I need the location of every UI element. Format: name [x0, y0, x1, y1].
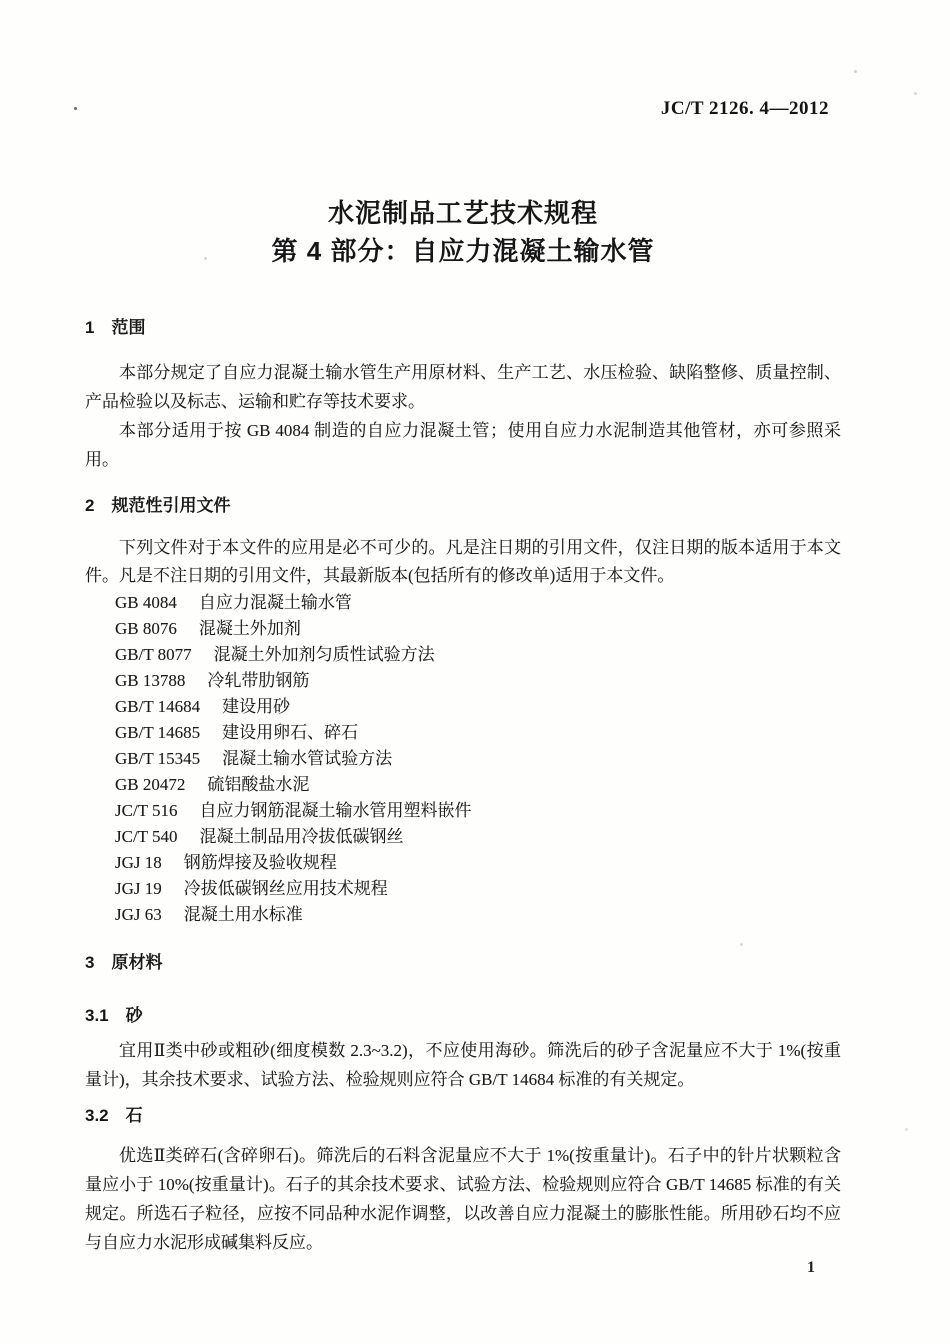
reference-code: GB/T 14685 [115, 720, 200, 746]
reference-title: 冷轧带肋钢筋 [207, 668, 309, 694]
section-3-1-title: 砂 [126, 1004, 143, 1028]
reference-item: JC/T 540 混凝土制品用冷拔低碳钢丝 [85, 824, 841, 850]
section-1-paragraph-1: 本部分规定了自应力混凝土输水管生产用原材料、生产工艺、水压检验、缺陷整修、质量控… [85, 358, 841, 416]
section-3-1-number: 3.1 [85, 1004, 109, 1028]
reference-code: GB/T 14684 [115, 694, 200, 720]
standard-code-header: JC/T 2126. 4—2012 [85, 98, 841, 120]
reference-title: 混凝土外加剂匀质性试验方法 [214, 642, 435, 668]
section-2-title: 规范性引用文件 [111, 494, 230, 518]
reference-title: 自应力钢筋混凝土输水管用塑料嵌件 [200, 798, 472, 824]
document-title: 水泥制品工艺技术规程 第 4 部分：自应力混凝土输水管 [85, 194, 841, 270]
document-page: JC/T 2126. 4—2012 水泥制品工艺技术规程 第 4 部分：自应力混… [0, 0, 950, 1344]
reference-title: 自应力混凝土输水管 [199, 590, 352, 616]
normative-references-list: GB 4084 自应力混凝土输水管 GB 8076 混凝土外加剂 GB/T 80… [85, 590, 841, 928]
reference-code: JGJ 19 [115, 876, 162, 902]
reference-title: 混凝土外加剂 [199, 616, 301, 642]
reference-code: GB 13788 [115, 668, 185, 694]
section-3-2-paragraph: 优选Ⅱ类碎石(含碎卵石)。筛洗后的石料含泥量应不大于 1%(按重量计)。石子中的… [85, 1141, 841, 1257]
reference-code: JC/T 540 [115, 824, 178, 850]
section-3-2-number: 3.2 [85, 1104, 109, 1128]
section-3-heading: 3 原材料 [85, 951, 841, 975]
reference-title: 冷拔低碳钢丝应用技术规程 [184, 876, 388, 902]
reference-title: 硫铝酸盐水泥 [207, 772, 309, 798]
reference-title: 混凝土输水管试验方法 [222, 746, 392, 772]
reference-item: GB/T 15345 混凝土输水管试验方法 [85, 746, 841, 772]
reference-title: 混凝土用水标准 [184, 902, 303, 928]
reference-item: GB 4084 自应力混凝土输水管 [85, 590, 841, 616]
document-title-line2: 第 4 部分：自应力混凝土输水管 [85, 232, 841, 270]
section-2-number: 2 [85, 494, 94, 518]
scan-speck [905, 1128, 908, 1131]
section-1-title: 范围 [111, 316, 145, 340]
reference-code: JGJ 18 [115, 850, 162, 876]
section-2-paragraph-1: 下列文件对于本文件的应用是必不可少的。凡是注日期的引用文件，仅注日期的版本适用于… [85, 534, 841, 590]
reference-code: GB/T 15345 [115, 746, 200, 772]
document-title-line1: 水泥制品工艺技术规程 [85, 194, 841, 232]
scan-speck [914, 92, 917, 95]
page-content: JC/T 2126. 4—2012 水泥制品工艺技术规程 第 4 部分：自应力混… [85, 0, 841, 1278]
section-1-number: 1 [85, 316, 94, 340]
reference-item: GB 20472 硫铝酸盐水泥 [85, 772, 841, 798]
reference-code: JC/T 516 [115, 798, 178, 824]
reference-code: GB 20472 [115, 772, 185, 798]
reference-item: JC/T 516 自应力钢筋混凝土输水管用塑料嵌件 [85, 798, 841, 824]
reference-item: GB/T 14685 建设用卵石、碎石 [85, 720, 841, 746]
section-3-number: 3 [85, 951, 94, 975]
reference-item: GB 8076 混凝土外加剂 [85, 616, 841, 642]
reference-code: GB 8076 [115, 616, 177, 642]
reference-item: JGJ 19 冷拔低碳钢丝应用技术规程 [85, 876, 841, 902]
section-3-1-paragraph: 宜用Ⅱ类中砂或粗砂(细度模数 2.3~3.2)，不应使用海砂。筛洗后的砂子含泥量… [85, 1036, 841, 1094]
reference-title: 建设用砂 [222, 694, 290, 720]
reference-item: GB 13788 冷轧带肋钢筋 [85, 668, 841, 694]
reference-item: JGJ 63 混凝土用水标准 [85, 902, 841, 928]
reference-title: 建设用卵石、碎石 [222, 720, 358, 746]
reference-code: JGJ 63 [115, 902, 162, 928]
reference-item: JGJ 18 钢筋焊接及验收规程 [85, 850, 841, 876]
reference-code: GB 4084 [115, 590, 177, 616]
scan-speck [74, 107, 77, 110]
section-1-heading: 1 范围 [85, 316, 841, 340]
reference-item: GB/T 8077 混凝土外加剂匀质性试验方法 [85, 642, 841, 668]
reference-item: GB/T 14684 建设用砂 [85, 694, 841, 720]
reference-code: GB/T 8077 [115, 642, 192, 668]
section-3-1-heading: 3.1 砂 [85, 1004, 841, 1028]
reference-title: 混凝土制品用冷拔低碳钢丝 [200, 824, 404, 850]
section-3-2-heading: 3.2 石 [85, 1104, 841, 1128]
page-number: 1 [85, 1258, 841, 1278]
section-2-heading: 2 规范性引用文件 [85, 494, 841, 518]
section-1-paragraph-2: 本部分适用于按 GB 4084 制造的自应力混凝土管；使用自应力水泥制造其他管材… [85, 416, 841, 474]
scan-speck [854, 70, 857, 73]
section-3-title: 原材料 [111, 951, 162, 975]
reference-title: 钢筋焊接及验收规程 [184, 850, 337, 876]
section-3-2-title: 石 [126, 1104, 143, 1128]
